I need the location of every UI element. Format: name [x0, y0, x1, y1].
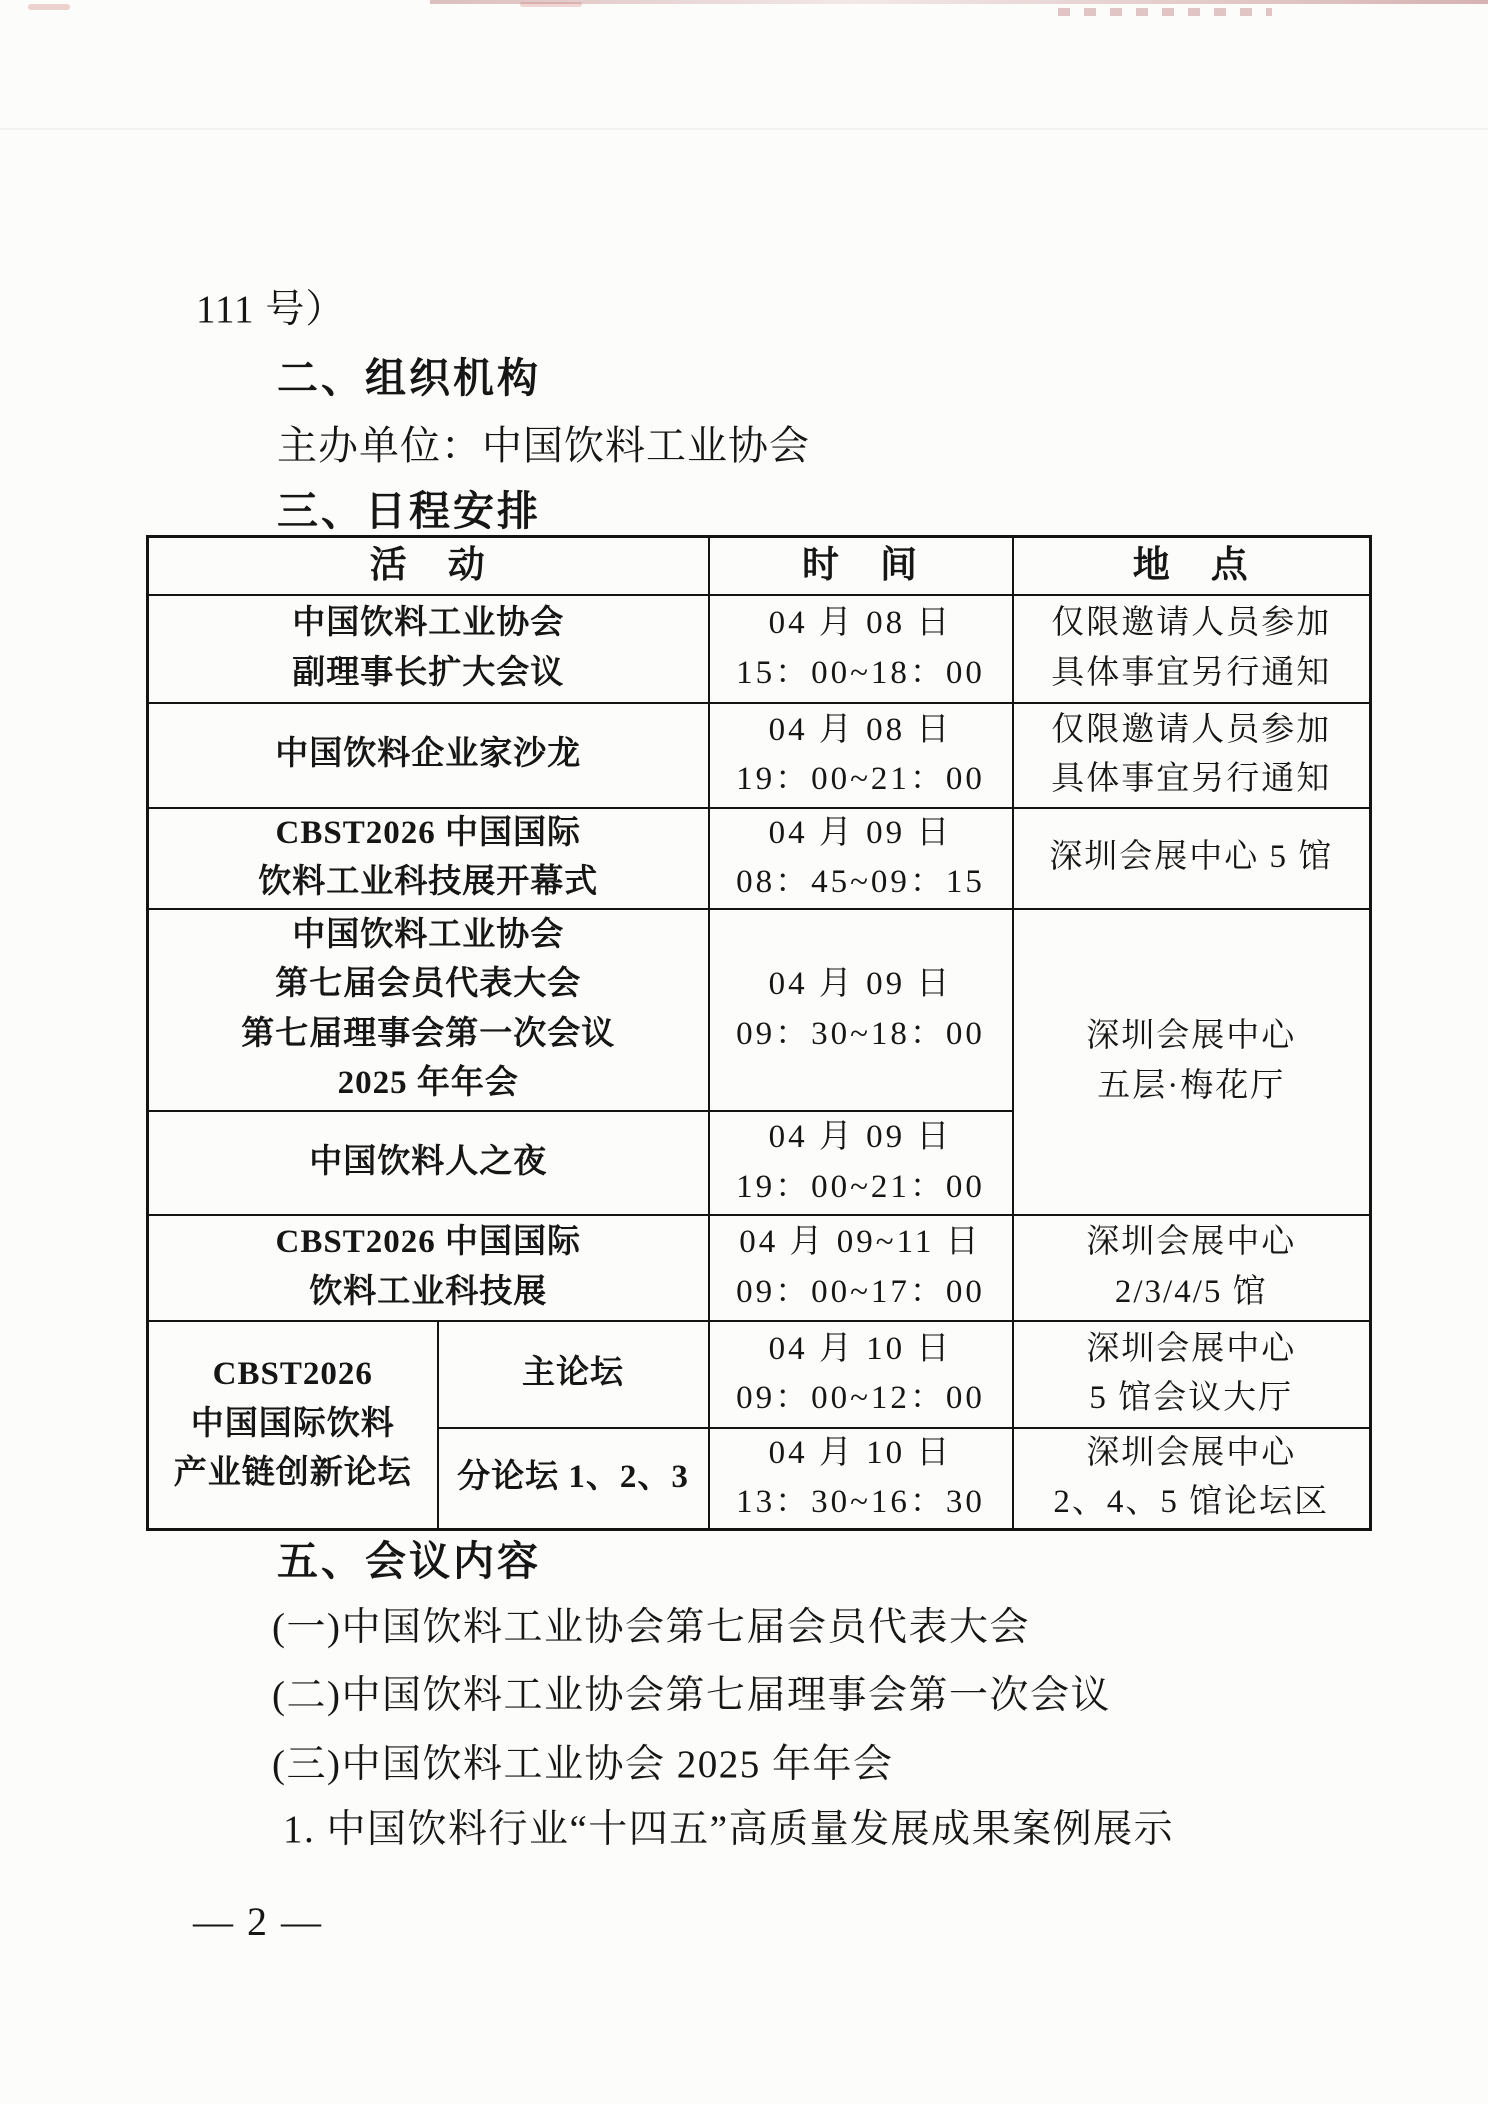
time-cell: 04 月 09 日 09：30~18：00: [709, 909, 1013, 1111]
list-item: 1. 中国饮料行业“十四五”高质量发展成果案例展示: [283, 1798, 1174, 1854]
forum-group-cell: CBST2026 中国国际饮料 产业链创新论坛: [148, 1321, 438, 1530]
forum-name-cell: 主论坛: [438, 1321, 709, 1428]
schedule-table: 活 动 时 间 地 点 中国饮料工业协会 副理事长扩大会议 04 月 08 日 …: [146, 535, 1372, 1531]
activity-cell: 中国饮料工业协会 第七届会员代表大会 第七届理事会第一次会议 2025 年年会: [148, 909, 709, 1111]
activity-cell: CBST2026 中国国际 饮料工业科技展开幕式: [148, 808, 709, 909]
organizer-line: 主办单位：中国饮料工业协会: [277, 414, 810, 471]
scan-artifact: [28, 4, 70, 10]
header-time: 时 间: [709, 537, 1013, 595]
table-header-row: 活 动 时 间 地 点: [148, 537, 1371, 595]
location-cell: 仅限邀请人员参加 具体事宜另行通知: [1013, 703, 1371, 808]
location-cell: 深圳会展中心 5 馆会议大厅: [1013, 1321, 1371, 1428]
scan-artifact: [1058, 8, 1272, 16]
table-row: CBST2026 中国国际 饮料工业科技展开幕式 04 月 09 日 08：45…: [148, 808, 1371, 909]
activity-cell: CBST2026 中国国际 饮料工业科技展: [148, 1215, 709, 1321]
scan-artifact: [0, 128, 1488, 130]
time-cell: 04 月 09~11 日 09：00~17：00: [709, 1215, 1013, 1321]
section-heading-organization: 二、组织机构: [277, 345, 541, 404]
header-activity: 活 动: [148, 537, 709, 595]
location-cell: 深圳会展中心 5 馆: [1013, 808, 1371, 909]
time-cell: 04 月 10 日 09：00~12：00: [709, 1321, 1013, 1428]
time-cell: 04 月 09 日 19：00~21：00: [709, 1111, 1013, 1215]
time-cell: 04 月 08 日 19：00~21：00: [709, 703, 1013, 808]
time-cell: 04 月 09 日 08：45~09：15: [709, 808, 1013, 909]
time-cell: 04 月 08 日 15：00~18：00: [709, 595, 1013, 703]
header-location: 地 点: [1013, 537, 1371, 595]
page-number: — 2 —: [193, 1898, 323, 1945]
table-row: 中国饮料工业协会 副理事长扩大会议 04 月 08 日 15：00~18：00 …: [148, 595, 1371, 703]
location-cell: 深圳会展中心 2、4、5 馆论坛区: [1013, 1428, 1371, 1530]
table-row: CBST2026 中国国际 饮料工业科技展 04 月 09~11 日 09：00…: [148, 1215, 1371, 1321]
table-row: 中国饮料企业家沙龙 04 月 08 日 19：00~21：00 仅限邀请人员参加…: [148, 703, 1371, 808]
scan-artifact: [520, 2, 582, 7]
location-cell-merged: 深圳会展中心 五层·梅花厅: [1013, 909, 1371, 1215]
table-row: CBST2026 中国国际饮料 产业链创新论坛 主论坛 04 月 10 日 09…: [148, 1321, 1371, 1428]
list-item: (一)中国饮料工业协会第七届会员代表大会: [272, 1596, 1030, 1652]
activity-cell: 中国饮料人之夜: [148, 1111, 709, 1215]
location-cell: 深圳会展中心 2/3/4/5 馆: [1013, 1215, 1371, 1321]
table-row: 中国饮料工业协会 第七届会员代表大会 第七届理事会第一次会议 2025 年年会 …: [148, 909, 1371, 1111]
activity-cell: 中国饮料企业家沙龙: [148, 703, 709, 808]
forum-name-cell: 分论坛 1、2、3: [438, 1428, 709, 1530]
section-heading-schedule: 三、日程安排: [277, 478, 541, 537]
list-item: (二)中国饮料工业协会第七届理事会第一次会议: [272, 1664, 1111, 1720]
document-page: 111 号） 二、组织机构 主办单位：中国饮料工业协会 三、日程安排 活 动 时…: [0, 0, 1488, 2104]
activity-cell: 中国饮料工业协会 副理事长扩大会议: [148, 595, 709, 703]
list-item: (三)中国饮料工业协会 2025 年年会: [272, 1733, 893, 1789]
section-heading-content: 五、会议内容: [277, 1528, 541, 1587]
location-cell: 仅限邀请人员参加 具体事宜另行通知: [1013, 595, 1371, 703]
time-cell: 04 月 10 日 13：30~16：30: [709, 1428, 1013, 1530]
scan-artifact: [430, 0, 1488, 4]
continuation-text: 111 号）: [196, 278, 345, 334]
